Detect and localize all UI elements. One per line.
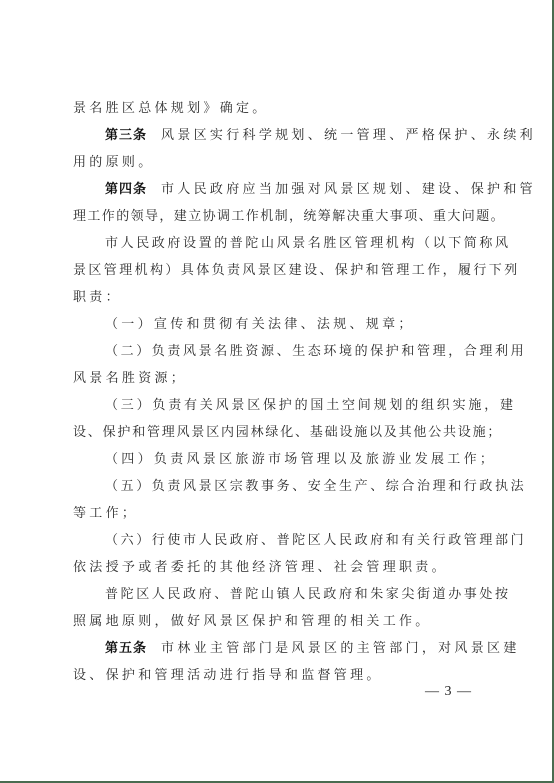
text-line: 职责：: [73, 284, 485, 311]
text-line: 风景名胜资源；: [73, 365, 485, 392]
list-item: （六）行使市人民政府、普陀区人民政府和有关行政管理部门: [73, 527, 485, 554]
list-item: （二）负责风景名胜资源、生态环境的保护和管理，合理利用: [73, 338, 485, 365]
text-line: 景名胜区总体规划》确定。: [73, 95, 485, 122]
article-number: 第三条: [105, 128, 147, 143]
text-line: 依法授予或者委托的其他经济管理、社会管理职责。: [73, 554, 485, 581]
text-line: 景区管理机构）具体负责风景区建设、保护和管理工作，履行下列: [73, 257, 485, 284]
text-line: 设、保护和管理活动进行指导和监督管理。: [73, 662, 485, 689]
text-line: 普陀区人民政府、普陀山镇人民政府和朱家尖街道办事处按: [73, 581, 485, 608]
text-line: 市人民政府设置的普陀山风景名胜区管理机构（以下简称风: [73, 230, 485, 257]
document-page: 景名胜区总体规划》确定。 第三条风景区实行科学规划、统一管理、严格保护、永续利 …: [0, 0, 554, 783]
article-line: 第四条市人民政府应当加强对风景区规划、建设、保护和管: [73, 176, 485, 203]
text-line: 设、保护和管理风景区内园林绿化、基础设施以及其他公共设施；: [73, 419, 485, 446]
list-item: （五）负责风景区宗教事务、安全生产、综合治理和行政执法: [73, 473, 485, 500]
list-item: （一）宣传和贯彻有关法律、法规、规章；: [73, 311, 485, 338]
text-line: 理工作的领导，建立协调工作机制，统筹解决重大事项、重大问题。: [73, 203, 485, 230]
text-line: 用的原则。: [73, 149, 485, 176]
article-line: 第五条市林业主管部门是风景区的主管部门，对风景区建: [73, 635, 485, 662]
article-line: 第三条风景区实行科学规划、统一管理、严格保护、永续利: [73, 122, 485, 149]
article-number: 第四条: [105, 182, 147, 197]
page-number: — 3 —: [425, 684, 472, 700]
document-body: 景名胜区总体规划》确定。 第三条风景区实行科学规划、统一管理、严格保护、永续利 …: [73, 95, 485, 689]
text-line: 照属地原则，做好风景区保护和管理的相关工作。: [73, 608, 485, 635]
article-number: 第五条: [105, 641, 147, 656]
list-item: （四）负责风景区旅游市场管理以及旅游业发展工作；: [73, 446, 485, 473]
list-item: （三）负责有关风景区保护的国土空间规划的组织实施，建: [73, 392, 485, 419]
text-line: 等工作；: [73, 500, 485, 527]
